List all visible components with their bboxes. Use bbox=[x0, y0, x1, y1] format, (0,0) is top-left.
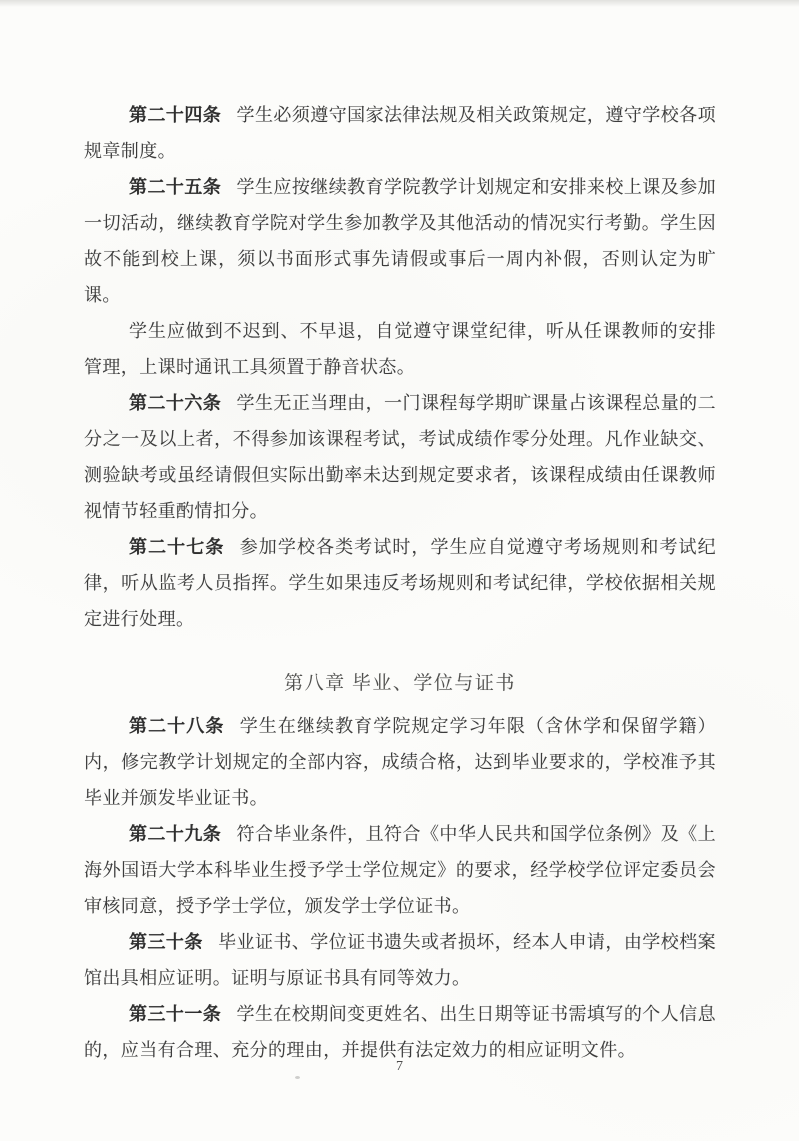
page-number: 7 bbox=[0, 1057, 799, 1077]
article-27-number: 第二十七条 bbox=[129, 537, 224, 557]
scan-top-shadow bbox=[0, 0, 799, 7]
article-28-number: 第二十八条 bbox=[129, 716, 224, 736]
document-body: 第二十四条学生必须遵守国家法律法规及相关政策规定，遵守学校各项规章制度。 第二十… bbox=[84, 97, 716, 1068]
article-25-paragraph: 第二十五条学生应按继续教育学院教学计划规定和安排来校上课及参加一切活动，继续教育… bbox=[84, 169, 716, 313]
article-24-number: 第二十四条 bbox=[129, 105, 221, 125]
article-29-paragraph: 第二十九条符合毕业条件，且符合《中华人民共和国学位条例》及《上海外国语大学本科毕… bbox=[84, 816, 716, 924]
chapter-8-heading: 第八章 毕业、学位与证书 bbox=[84, 666, 716, 702]
article-25-continuation-text: 学生应做到不迟到、不早退，自觉遵守课堂纪律，听从任课教师的安排管理，上课时通讯工… bbox=[84, 321, 716, 377]
article-29-number: 第二十九条 bbox=[129, 824, 221, 844]
scanned-document-page: 第二十四条学生必须遵守国家法律法规及相关政策规定，遵守学校各项规章制度。 第二十… bbox=[0, 0, 799, 1141]
article-27-paragraph: 第二十七条参加学校各类考试时，学生应自觉遵守考场规则和考试纪律，听从监考人员指挥… bbox=[84, 529, 716, 637]
article-26-number: 第二十六条 bbox=[129, 393, 221, 413]
article-30-number: 第三十条 bbox=[129, 932, 203, 952]
article-25-continuation-paragraph: 学生应做到不迟到、不早退，自觉遵守课堂纪律，听从任课教师的安排管理，上课时通讯工… bbox=[84, 313, 716, 385]
article-26-paragraph: 第二十六条学生无正当理由，一门课程每学期旷课量占该课程总量的二分之一及以上者，不… bbox=[84, 385, 716, 529]
article-31-number: 第三十一条 bbox=[129, 1004, 221, 1024]
article-25-number: 第二十五条 bbox=[129, 177, 221, 197]
article-30-paragraph: 第三十条毕业证书、学位证书遗失或者损坏，经本人申请，由学校档案馆出具相应证明。证… bbox=[84, 924, 716, 996]
article-28-paragraph: 第二十八条学生在继续教育学院规定学习年限（含休学和保留学籍）内，修完教学计划规定… bbox=[84, 708, 716, 816]
article-24-paragraph: 第二十四条学生必须遵守国家法律法规及相关政策规定，遵守学校各项规章制度。 bbox=[84, 97, 716, 169]
